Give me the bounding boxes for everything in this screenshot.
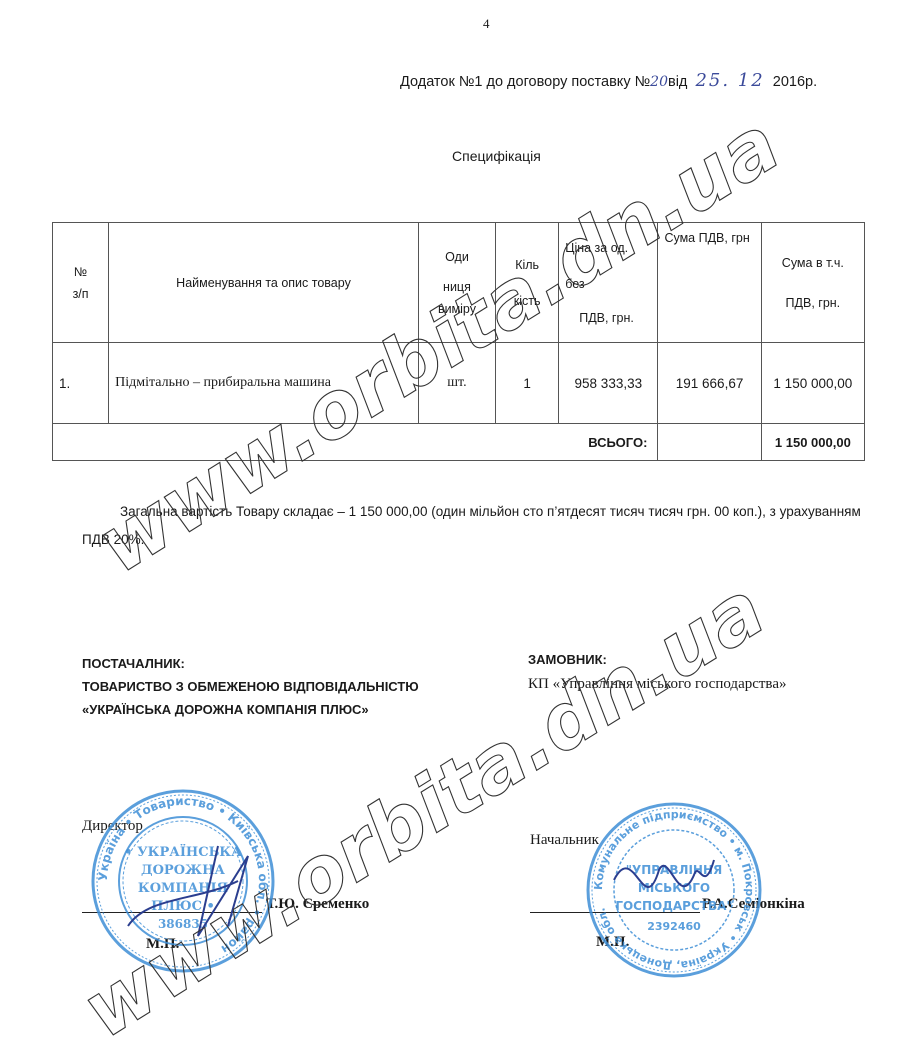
customer-signature-scribble xyxy=(614,860,714,887)
header-total-line2: ПДВ, грн. xyxy=(768,292,858,314)
table-row: 1. Підмітально – прибиральна машина шт. … xyxy=(53,343,865,424)
appendix-year: 2016р. xyxy=(773,74,817,90)
header-vat-sum: Сума ПДВ, грн xyxy=(658,223,761,343)
header-number-line1: № xyxy=(59,261,102,283)
header-quantity-line2: кість xyxy=(502,290,552,312)
header-price-line2: без xyxy=(565,273,651,295)
table-total-row: ВСЬОГО: 1 150 000,00 xyxy=(53,424,865,461)
cell-vat-sum: 191 666,67 xyxy=(658,343,761,424)
customer-stamp-line1: "УПРАВЛІННЯ xyxy=(626,863,723,877)
supplier-signature-line xyxy=(82,912,262,913)
customer-stamp-line2: МІСЬКОГО xyxy=(638,881,710,895)
supplier-seal-label: М.П. xyxy=(146,936,179,953)
header-unit: Оди ниця виміру xyxy=(418,223,495,343)
supplier-stamp-code: 386835 xyxy=(158,917,208,931)
supplier-line1: ТОВАРИСТВО З ОБМЕЖЕНОЮ ВІДПОВІДАЛЬНІСТЮ xyxy=(82,675,419,698)
header-unit-line3: виміру xyxy=(425,298,489,320)
header-unit-line1: Оди xyxy=(425,246,489,268)
total-value: 1 150 000,00 xyxy=(761,424,864,461)
contract-number-handwritten: 20 xyxy=(650,74,668,90)
customer-role: Начальник xyxy=(530,832,599,849)
header-number: № з/п xyxy=(53,223,109,343)
supplier-stamp-line3: КОМПАНІЯ xyxy=(138,881,228,896)
supplier-signature-scribble xyxy=(128,846,248,936)
appendix-from: від xyxy=(668,74,687,90)
header-name: Найменування та опис товару xyxy=(109,223,419,343)
cell-total-sum: 1 150 000,00 xyxy=(761,343,864,424)
document-title: Специфікація xyxy=(452,148,541,164)
supplier-signatory: Т.Ю. Єременко xyxy=(266,896,369,913)
customer-stamp-icon: Комунальне підприємство • м. Покровськ •… xyxy=(584,800,764,980)
header-unit-line2: ниця xyxy=(425,276,489,298)
header-price-line3: ПДВ, грн. xyxy=(565,307,651,329)
header-quantity-line1: Кіль xyxy=(502,254,552,276)
total-label: ВСЬОГО: xyxy=(53,424,658,461)
watermark-text-bottom: www.orbita.dn.ua xyxy=(67,564,780,1055)
table-header-row: № з/п Найменування та опис товару Оди ни… xyxy=(53,223,865,343)
customer-label: ЗАМОВНИК: xyxy=(528,652,607,667)
supplier-line2: «УКРАЇНСЬКА ДОРОЖНА КОМПАНІЯ ПЛЮС» xyxy=(82,698,419,721)
cell-unit: шт. xyxy=(418,343,495,424)
customer-signatory: Р.А.Семіонкіна xyxy=(702,896,805,913)
cell-quantity: 1 xyxy=(496,343,559,424)
appendix-header: Додаток №1 до договору поставку №20від 2… xyxy=(400,70,817,91)
appendix-prefix: Додаток №1 до договору поставку № xyxy=(400,74,650,90)
cell-number: 1. xyxy=(53,343,109,424)
supplier-stamp-icon: Україна • Товариство • Київська обл. • р… xyxy=(88,786,278,976)
supplier-stamp-line2: ДОРОЖНА xyxy=(141,863,225,878)
total-cost-paragraph: Загальна вартість Товару складає – 1 150… xyxy=(82,498,862,554)
supplier-label: ПОСТАЧАЛНИК: xyxy=(82,652,419,675)
cell-name: Підмітально – прибиральна машина xyxy=(109,343,419,424)
supplier-stamp-line1: • УКРАЇНСЬКА xyxy=(124,844,242,860)
header-number-line2: з/п xyxy=(59,283,102,305)
customer-stamp-code: 2392460 xyxy=(647,920,701,933)
specification-table: № з/п Найменування та опис товару Оди ни… xyxy=(52,222,865,461)
date-handwritten: 25. 12 xyxy=(695,70,764,91)
header-total-line1: Сума в т.ч. xyxy=(768,252,858,274)
header-total-sum: Сума в т.ч. ПДВ, грн. xyxy=(761,223,864,343)
supplier-role: Директор xyxy=(82,818,143,835)
header-quantity: Кіль кість xyxy=(496,223,559,343)
total-vat-empty xyxy=(658,424,761,461)
header-price: Ціна за од. без ПДВ, грн. xyxy=(559,223,658,343)
cell-price: 958 333,33 xyxy=(559,343,658,424)
supplier-block: ПОСТАЧАЛНИК: ТОВАРИСТВО З ОБМЕЖЕНОЮ ВІДП… xyxy=(82,652,419,721)
page-number: 4 xyxy=(483,16,490,32)
customer-name: КП «Управління міського господарства» xyxy=(528,676,786,693)
customer-signature-line xyxy=(530,912,700,913)
customer-seal-label: М.П. xyxy=(596,934,629,951)
header-price-line1: Ціна за од. xyxy=(565,237,651,259)
